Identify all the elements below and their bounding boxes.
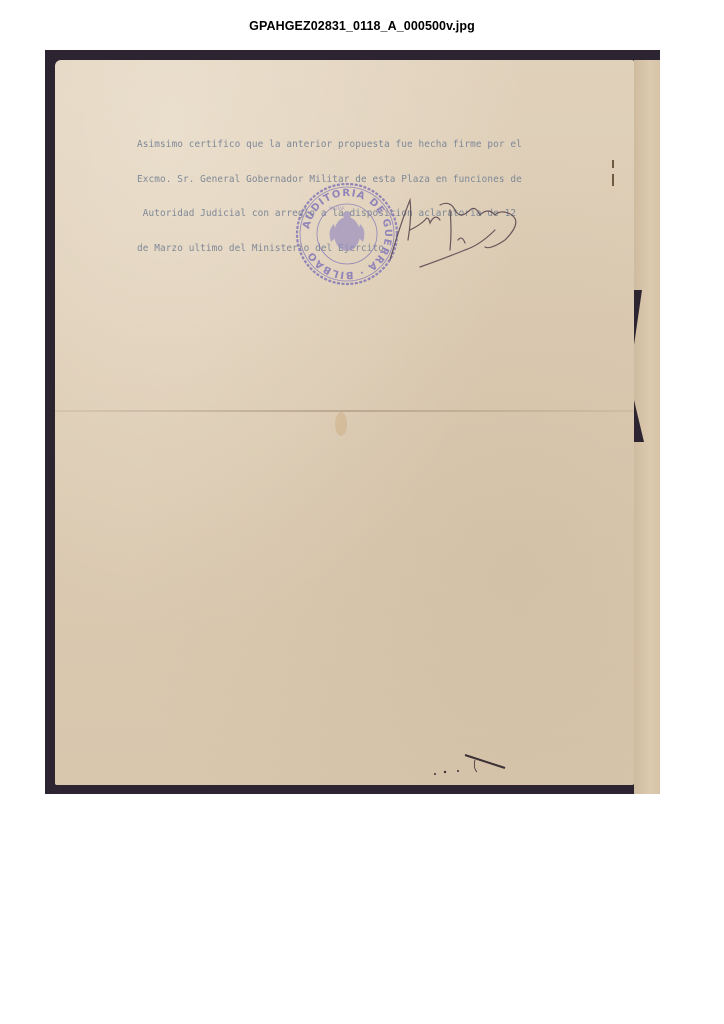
paper-stain [335, 412, 347, 436]
staple-holes [610, 160, 616, 190]
fold-line [55, 410, 634, 412]
handwritten-signature [380, 185, 530, 275]
file-title: GPAHGEZ02831_0118_A_000500v.jpg [0, 19, 724, 33]
document-page: Asimsimo certifico que la anterior propu… [55, 60, 634, 785]
scan-shadow-notch [634, 290, 642, 345]
ink-smudge [425, 750, 515, 780]
svg-text:MILITAR: MILITAR [329, 206, 345, 211]
text-line: Asimsimo certifico que la anterior propu… [137, 139, 597, 151]
scan-shadow-notch [634, 400, 644, 442]
